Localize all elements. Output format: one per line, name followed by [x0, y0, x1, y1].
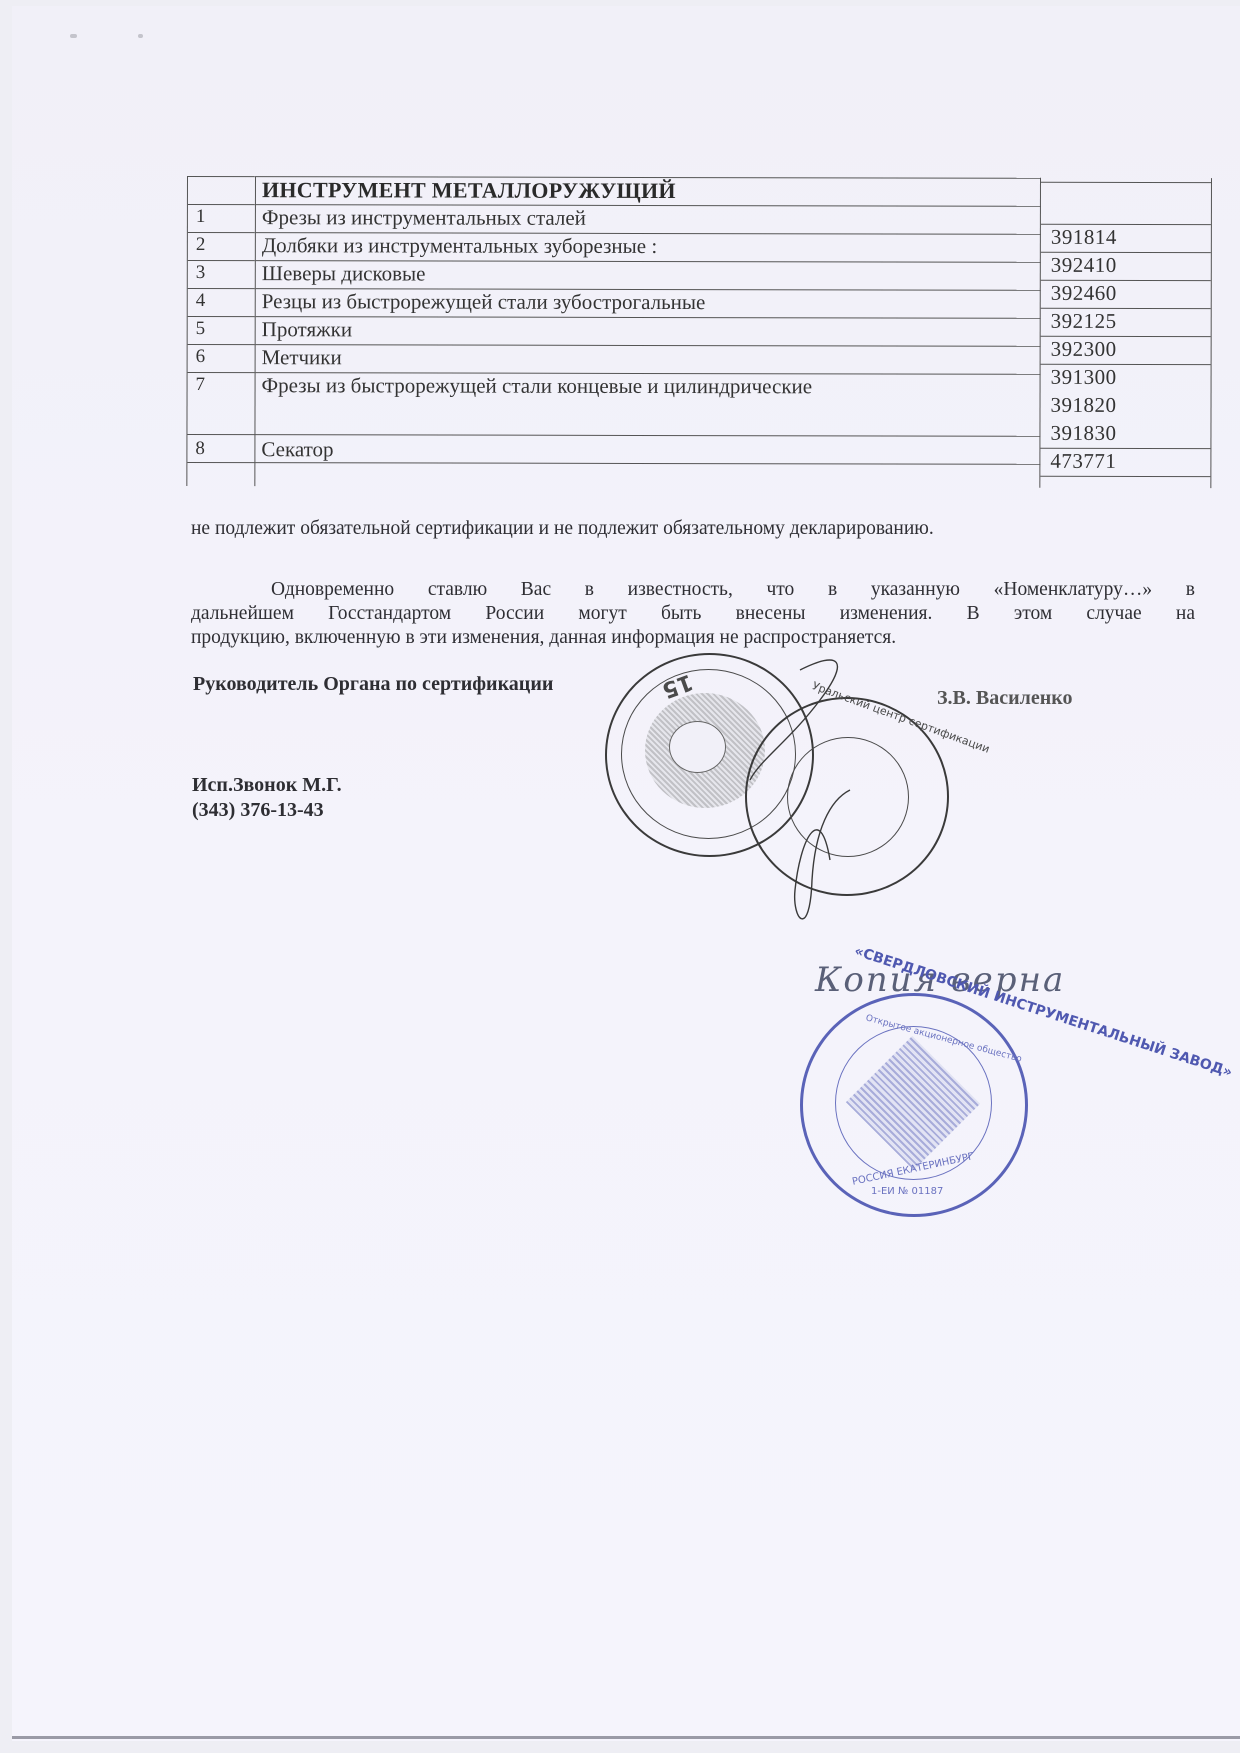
row-number: 7 — [196, 374, 206, 396]
table-header-title: ИНСТРУМЕНТ МЕТАЛЛОРУЖУЩИЙ — [262, 179, 676, 202]
row-number: 4 — [196, 290, 206, 312]
table-column-code: 391814 392410 392460 392125 392300 39130… — [1039, 178, 1212, 488]
table-column-description: ИНСТРУМЕНТ МЕТАЛЛОРУЖУЩИЙ Фрезы из инстр… — [254, 176, 1041, 488]
signatory-name: З.В. Василенко — [937, 686, 1073, 710]
row-description: Долбяки из инструментальных зуборезные : — [262, 234, 657, 257]
scan-speck — [70, 34, 77, 38]
row-number: 2 — [196, 234, 206, 256]
row-description: Протяжки — [262, 318, 352, 340]
row-code: 391830 — [1050, 422, 1116, 444]
company-stamp: «СВЕРДЛОВСКИЙ ИНСТРУМЕНТАЛЬНЫЙ ЗАВОД» От… — [800, 993, 1028, 1217]
body-line-not-subject: не подлежит обязательной сертификации и … — [191, 517, 1171, 541]
row-number: 8 — [195, 438, 205, 460]
scan-speck — [138, 34, 143, 38]
signature-scribble-icon — [700, 640, 900, 960]
executor-name: Исп.Звонок М.Г. — [192, 773, 342, 797]
row-number: 6 — [196, 346, 206, 368]
row-code: 473771 — [1050, 450, 1116, 472]
row-code: 391820 — [1050, 394, 1116, 416]
products-table: 1 2 3 4 5 6 7 8 ИНСТРУМЕНТ МЕТАЛЛОРУЖУЩИ… — [186, 176, 1212, 488]
row-description: Фрезы из быстрорежущей стали концевые и … — [262, 374, 813, 397]
row-number: 3 — [196, 262, 206, 284]
row-code: 391300 — [1051, 366, 1117, 388]
company-stamp-reg: 1-ЕИ № 01187 — [871, 1186, 943, 1197]
row-description: Секатор — [261, 438, 333, 460]
signatory-position: Руководитель Органа по сертификации — [193, 672, 553, 696]
row-number: 5 — [196, 318, 206, 340]
body-paragraph-line3: продукцию, включенную в эти изменения, д… — [191, 626, 1195, 650]
row-code: 392125 — [1051, 310, 1117, 332]
row-description: Шеверы дисковые — [262, 262, 426, 284]
row-code: 391814 — [1051, 226, 1117, 248]
page-bottom-edge — [12, 1736, 1240, 1739]
row-code: 392460 — [1051, 282, 1117, 304]
table-column-number: 1 2 3 4 5 6 7 8 — [186, 176, 256, 486]
row-number: 1 — [196, 206, 206, 228]
executor-phone: (343) 376-13-43 — [192, 798, 324, 822]
body-paragraph-line2: дальнейшем Госстандартом России могут бы… — [191, 602, 1195, 626]
row-code: 392410 — [1051, 254, 1117, 276]
body-paragraph-line1: Одновременно ставлю Вас в известность, ч… — [271, 578, 1195, 602]
row-code: 392300 — [1051, 338, 1117, 360]
row-description: Метчики — [262, 346, 342, 368]
row-description: Резцы из быстрорежущей стали зубострогал… — [262, 290, 706, 313]
row-description: Фрезы из инструментальных сталей — [262, 206, 586, 229]
